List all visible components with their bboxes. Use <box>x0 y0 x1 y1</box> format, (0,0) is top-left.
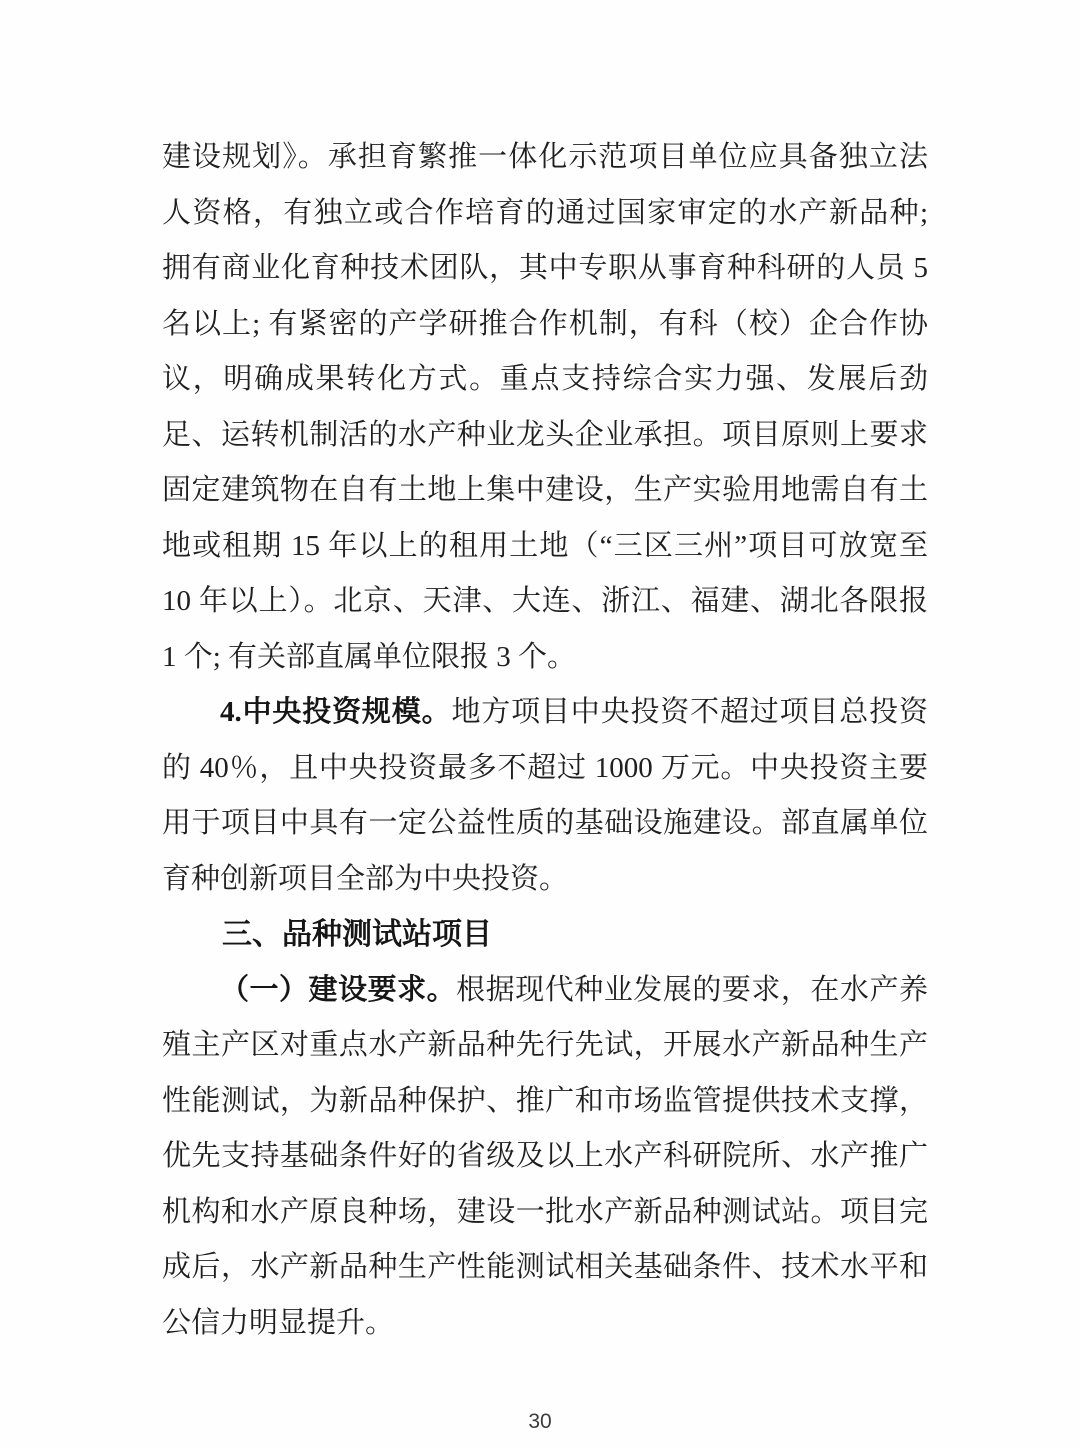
paragraph-construction-requirements: （一）建设要求。根据现代种业发展的要求，在水产养殖主产区对重点水产新品种先行先试… <box>162 963 928 1352</box>
paragraph-continuation: 建设规划》。承担育繁推一体化示范项目单位应具备独立法人资格，有独立或合作培育的通… <box>162 130 928 685</box>
paragraph-central-investment-scale: 4.中央投资规模。地方项目中央投资不超过项目总投资的 40％，且中央投资最多不超… <box>162 685 928 907</box>
section-heading-variety-test-station: 三、品种测试站项目 <box>162 907 928 963</box>
paragraph-body-construction-requirements: 根据现代种业发展的要求，在水产养殖主产区对重点水产新品种先行先试，开展水产新品种… <box>162 974 928 1339</box>
page-number: 30 <box>0 1410 1080 1434</box>
page-content: 建设规划》。承担育繁推一体化示范项目单位应具备独立法人资格，有独立或合作培育的通… <box>162 130 928 1351</box>
paragraph-lead-construction-requirements: （一）建设要求。 <box>220 974 456 1006</box>
paragraph-lead-central-investment: 4.中央投资规模。 <box>220 696 451 728</box>
document-page: 建设规划》。承担育繁推一体化示范项目单位应具备独立法人资格，有独立或合作培育的通… <box>0 0 1080 1448</box>
paragraph-continuation-text: 建设规划》。承担育繁推一体化示范项目单位应具备独立法人资格，有独立或合作培育的通… <box>162 141 928 673</box>
